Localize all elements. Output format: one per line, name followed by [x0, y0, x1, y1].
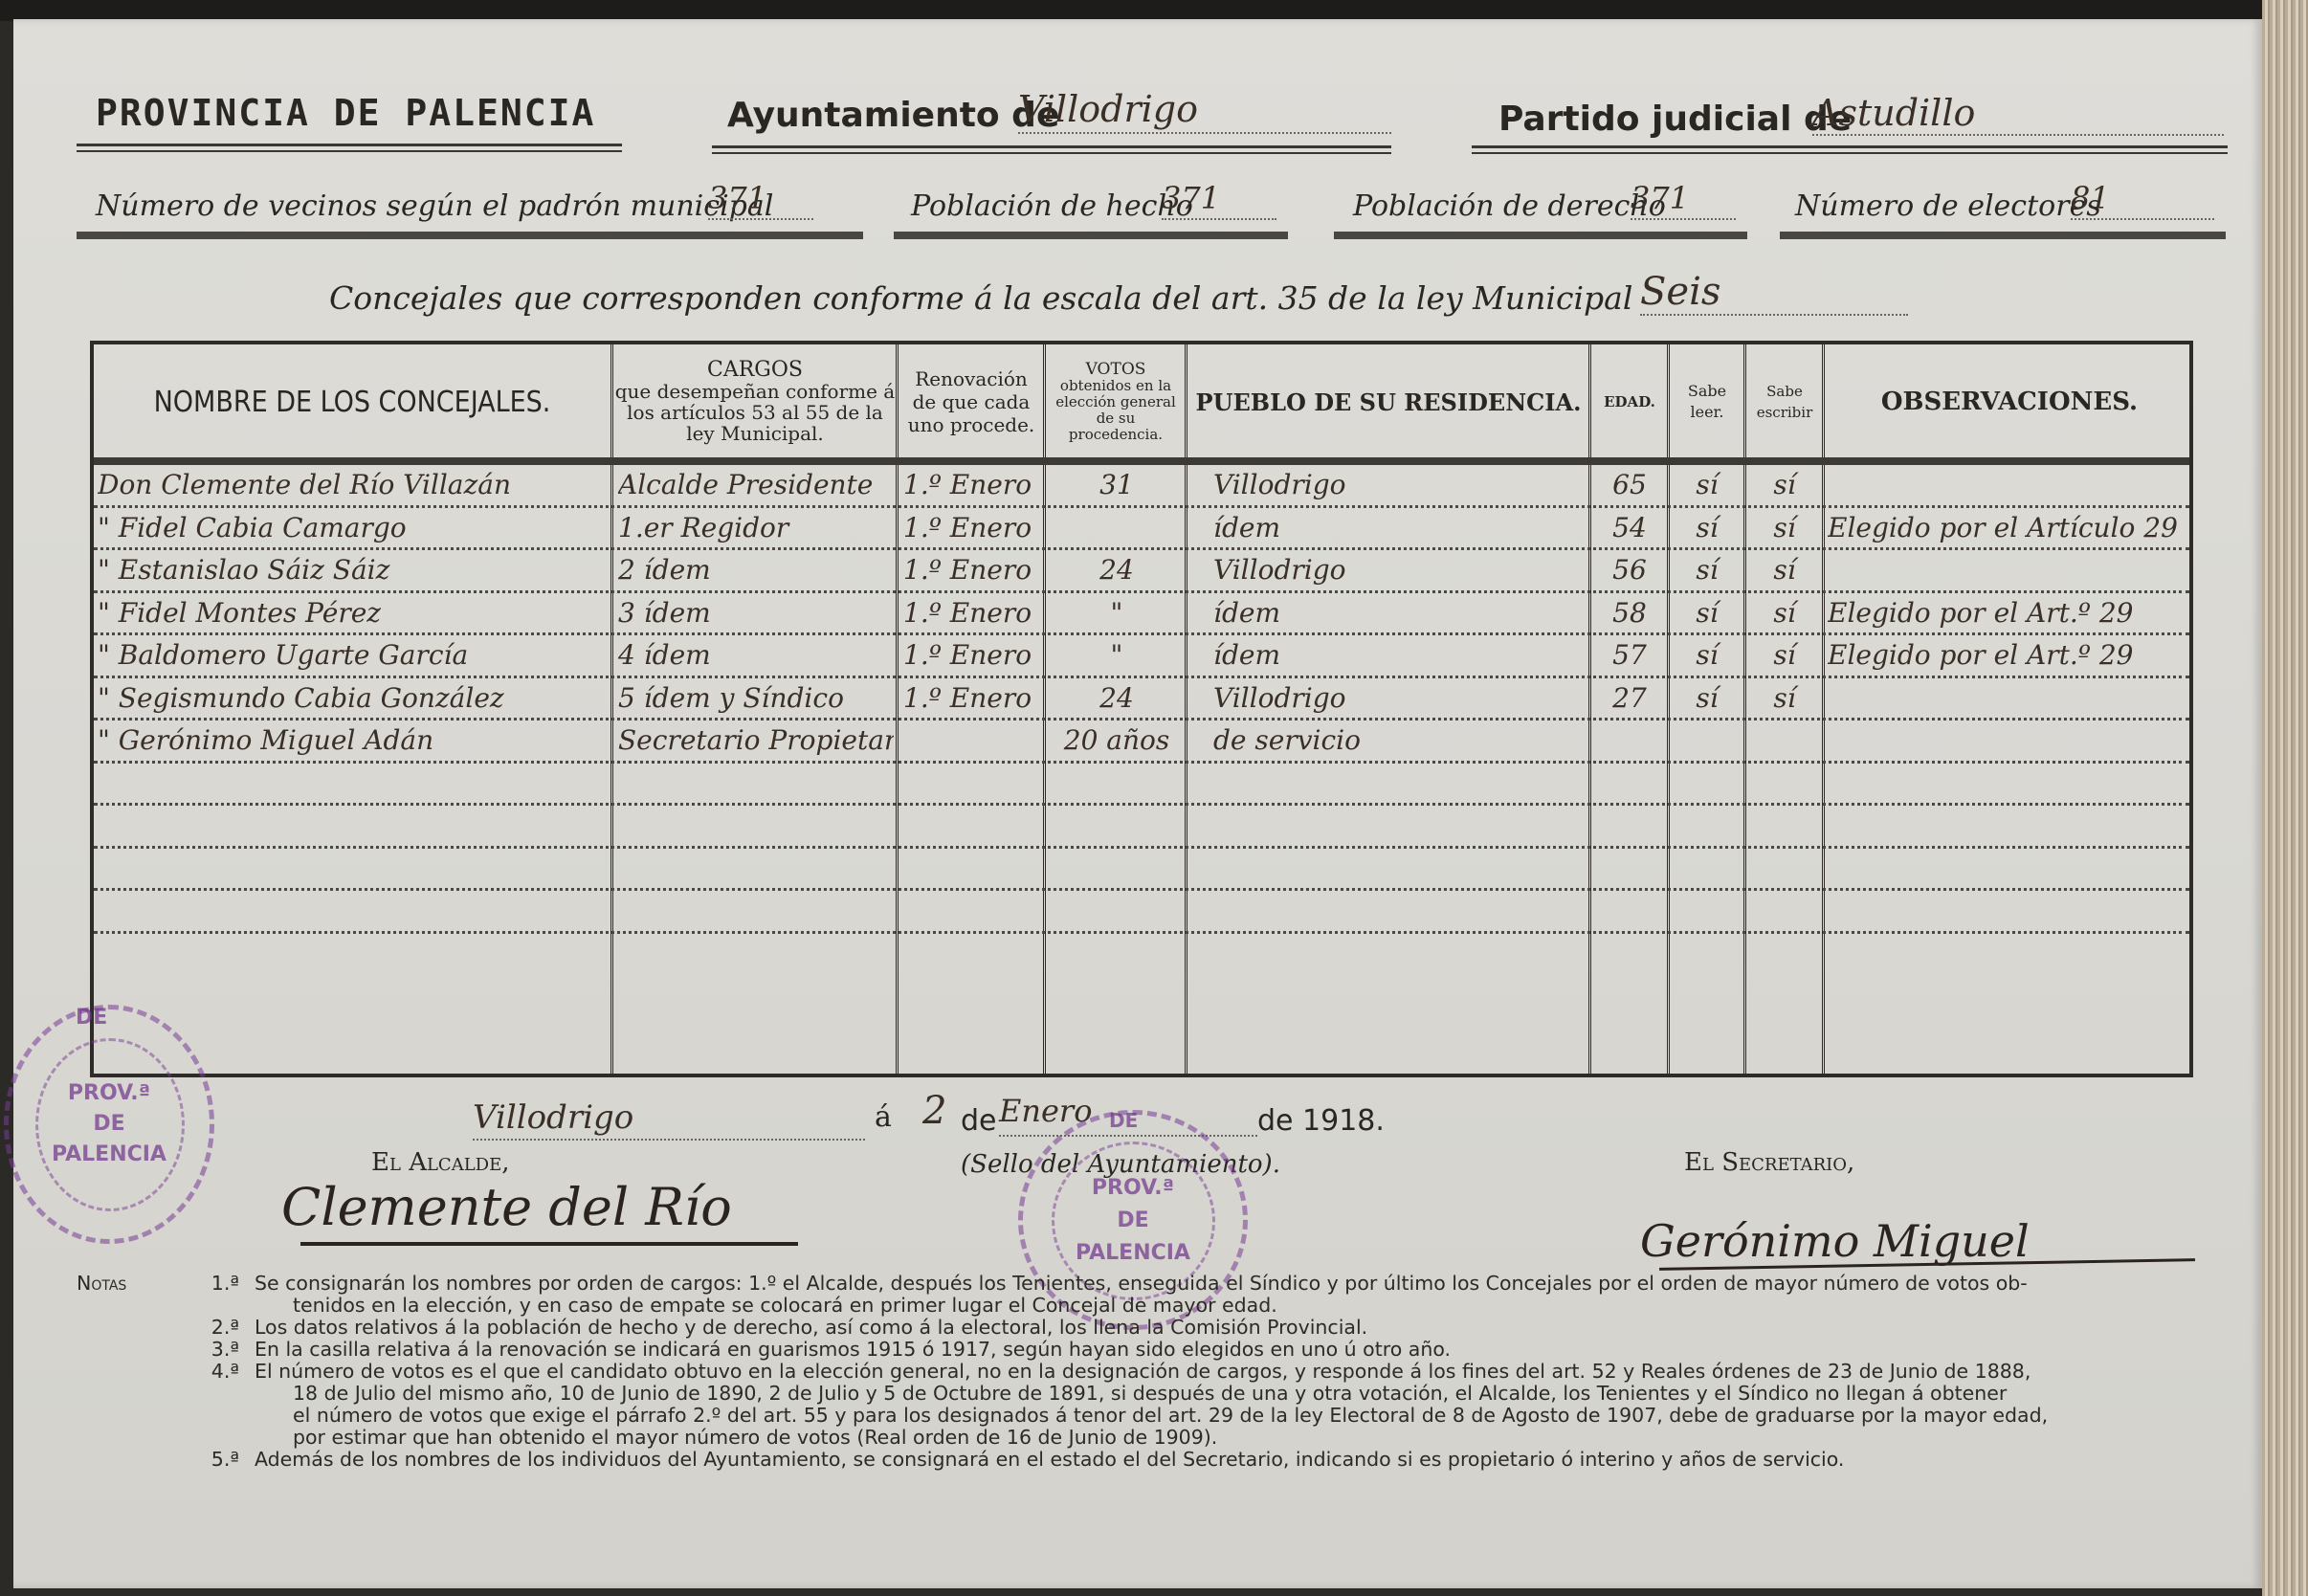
col-header-pueblo: PUEBLO DE SU RESIDENCIA. [1188, 344, 1588, 459]
note-item: tenidos en la elección, y en caso de emp… [77, 1295, 2182, 1317]
notes-label: Notas [77, 1273, 166, 1295]
notes-label [77, 1295, 166, 1317]
rule [1334, 232, 1747, 239]
row-rule [94, 632, 2189, 635]
header-rule [77, 144, 622, 152]
row-rule [94, 846, 2189, 849]
rule [894, 232, 1288, 239]
col-header-observaciones: OBSERVACIONES. [1826, 344, 2193, 459]
ayuntamiento-field[interactable]: Villodrigo [1018, 88, 1391, 134]
notes-label [77, 1405, 166, 1427]
note-item: 4.ªEl número de votos es el que el candi… [77, 1361, 2182, 1383]
table-cell-leer[interactable]: sí [1673, 469, 1742, 500]
notes-label [77, 1427, 166, 1449]
row-rule [94, 547, 2189, 550]
note-text: por estimar que han obtenido el mayor nú… [255, 1427, 2182, 1449]
cargos-subtitle: que desempeñan conforme á los artículos … [614, 381, 896, 444]
note-text: Además de los nombres de los individuos … [255, 1449, 2182, 1471]
table-cell-leer[interactable]: sí [1673, 512, 1742, 543]
table-cell-escribir[interactable]: sí [1749, 682, 1820, 714]
table-cell-cargo[interactable]: 1.er Regidor [618, 512, 894, 543]
table-cell-escribir[interactable]: sí [1749, 512, 1820, 543]
note-item: 5.ªAdemás de los nombres de los individu… [77, 1449, 2182, 1471]
table-cell-observaciones[interactable]: Elegido por el Art.º 29 [1828, 597, 2191, 629]
col-divider [896, 344, 899, 1074]
note-number [166, 1383, 255, 1405]
table-cell-cargo[interactable]: 2 ídem [618, 554, 894, 586]
col-header-edad: EDAD. [1592, 344, 1667, 459]
note-item: Notas1.ªSe consignarán los nombres por o… [77, 1273, 2182, 1295]
table-cell-leer[interactable]: sí [1673, 682, 1742, 714]
table-cell-renovacion[interactable]: 1.º Enero 1916 [903, 512, 1041, 543]
ayuntamiento-label: Ayuntamiento de [727, 96, 1059, 135]
note-text: el número de votos que exige el párrafo … [255, 1405, 2182, 1427]
table-cell-observaciones[interactable]: Elegido por el Artículo 29 [1828, 512, 2191, 543]
table-cell-votos[interactable]: " [1051, 597, 1183, 629]
col-header-votos: VOTOS obtenidos en la elección general d… [1047, 344, 1185, 459]
table-cell-renovacion[interactable]: 1.º Enero 1916 [903, 597, 1041, 629]
col-header-nombre: NOMBRE DE LOS CONCEJALES. [94, 344, 610, 459]
votos-title: VOTOS [1086, 362, 1146, 378]
table-cell-pueblo[interactable]: ídem [1213, 597, 1587, 629]
vecinos-field[interactable]: 371 [708, 180, 813, 220]
date-de: de [961, 1104, 997, 1138]
table-cell-votos[interactable]: 24 [1051, 554, 1183, 586]
col-divider [1043, 344, 1046, 1074]
table-cell-pueblo[interactable]: ídem [1213, 639, 1587, 671]
col-header-cargos: CARGOS que desempeñan conforme á los art… [614, 344, 896, 459]
electores-field[interactable]: 81 [2071, 180, 2214, 220]
row-rule [94, 803, 2189, 806]
electores-label: Número de electores [1795, 189, 2101, 223]
vecinos-label: Número de vecinos según el padrón munici… [96, 189, 773, 223]
note-number: 1.ª [166, 1273, 255, 1295]
table-cell-cargo[interactable]: 5 ídem y Síndico [618, 682, 894, 714]
note-text: Se consignarán los nombres por orden de … [255, 1273, 2182, 1295]
note-item: el número de votos que exige el párrafo … [77, 1405, 2182, 1427]
row-rule [94, 590, 2189, 593]
date-a: á [875, 1100, 892, 1134]
seal-stamp-left: DE PROV.ªDEPALENCIA [4, 1005, 214, 1244]
partido-field[interactable]: Astudillo [1812, 92, 2224, 136]
table-cell-edad[interactable]: 65 [1594, 469, 1665, 500]
row-rule [94, 761, 2189, 764]
col-header-leer: Sabe leer. [1671, 344, 1743, 459]
note-item: 3.ªEn la casilla relativa á la renovació… [77, 1339, 2182, 1361]
note-text: tenidos en la elección, y en caso de emp… [255, 1295, 2182, 1317]
notes-section: Notas1.ªSe consignarán los nombres por o… [77, 1273, 2182, 1471]
notes-label [77, 1383, 166, 1405]
hecho-field[interactable]: 371 [1162, 180, 1276, 220]
col-divider [1743, 344, 1746, 1074]
day-field[interactable]: 2 [922, 1089, 946, 1133]
note-item: 18 de Julio del mismo año, 10 de Junio d… [77, 1383, 2182, 1405]
table-cell-nombre[interactable]: " Fidel Montes Pérez [98, 597, 609, 629]
table-cell-votos[interactable]: " [1051, 639, 1183, 671]
derecho-label: Población de derecho [1353, 189, 1666, 223]
table-cell-escribir[interactable]: sí [1749, 639, 1820, 671]
provincia-title: PROVINCIA DE PALENCIA [96, 92, 595, 134]
secretario-signature: Gerónimo Miguel [1640, 1215, 2030, 1267]
row-rule [94, 718, 2189, 720]
note-text: El número de votos es el que el candidat… [255, 1361, 2182, 1383]
hecho-label: Población de hecho [911, 189, 1193, 223]
cargos-title: CARGOS [707, 360, 803, 381]
table-cell-cargo[interactable]: Secretario Propietario con [618, 724, 894, 756]
year-text: de 1918. [1257, 1104, 1385, 1138]
book-edge-top [0, 0, 2308, 21]
document-page: PROVINCIA DE PALENCIA Ayuntamiento de Vi… [13, 19, 2262, 1588]
table-cell-cargo[interactable]: 4 ídem [618, 639, 894, 671]
alcalde-label: El Alcalde, [371, 1148, 510, 1177]
table-cell-nombre[interactable]: " Segismundo Cabia González [98, 682, 609, 714]
header-rule [94, 457, 2189, 465]
table-cell-votos[interactable]: 31 [1051, 469, 1183, 500]
table-cell-votos[interactable]: 24 [1051, 682, 1183, 714]
note-item: por estimar que han obtenido el mayor nú… [77, 1427, 2182, 1449]
table-cell-edad[interactable]: 57 [1594, 639, 1665, 671]
table-cell-nombre[interactable]: Don Clemente del Río Villazán [98, 469, 609, 500]
signature-flourish [300, 1242, 798, 1246]
note-number: 5.ª [166, 1449, 255, 1471]
table-cell-cargo[interactable]: 3 ídem [618, 597, 894, 629]
table-cell-leer[interactable]: sí [1673, 639, 1742, 671]
table-cell-cargo[interactable]: Alcalde Presidente [618, 469, 894, 500]
stamp-text: PROV.ªDEPALENCIA [47, 1078, 171, 1170]
table-cell-pueblo[interactable]: Villodrigo [1213, 682, 1587, 714]
table-cell-renovacion[interactable]: 1.º Enero 1917 [903, 682, 1041, 714]
row-rule [94, 676, 2189, 678]
alcalde-signature: Clemente del Río [281, 1177, 732, 1237]
note-number: 3.ª [166, 1339, 255, 1361]
table-cell-edad[interactable]: 54 [1594, 512, 1665, 543]
row-rule [94, 888, 2189, 891]
table-cell-edad[interactable]: 56 [1594, 554, 1665, 586]
col-header-renovacion: Renovación de que cada uno procede. [899, 344, 1043, 459]
note-text: 18 de Julio del mismo año, 10 de Junio d… [255, 1383, 2182, 1405]
concejales-label: Concejales que corresponden conforme á l… [329, 279, 1632, 317]
header-rule [1472, 145, 2228, 154]
note-number [166, 1405, 255, 1427]
table-cell-nombre[interactable]: " Baldomero Ugarte García [98, 639, 609, 671]
concejales-field[interactable]: Seis [1640, 270, 1908, 316]
table-cell-pueblo[interactable]: de servicio [1213, 724, 1587, 756]
table-cell-leer[interactable]: sí [1673, 597, 1742, 629]
partido-label: Partido judicial de [1498, 100, 1852, 139]
derecho-field[interactable]: 371 [1631, 180, 1736, 220]
table-cell-edad[interactable]: 58 [1594, 597, 1665, 629]
note-number: 2.ª [166, 1317, 255, 1339]
col-divider [610, 344, 613, 1074]
concejales-table: NOMBRE DE LOS CONCEJALES. CARGOS que des… [90, 341, 2193, 1077]
col-divider [1822, 344, 1825, 1074]
book-binding [2262, 0, 2308, 1596]
col-divider [1588, 344, 1591, 1074]
table-cell-pueblo[interactable]: Villodrigo [1213, 469, 1587, 500]
notes-label [77, 1449, 166, 1471]
note-text: En la casilla relativa á la renovación s… [255, 1339, 2182, 1361]
rule [77, 232, 863, 239]
table-cell-escribir[interactable]: sí [1749, 469, 1820, 500]
note-item: 2.ªLos datos relativos á la población de… [77, 1317, 2182, 1339]
table-cell-leer[interactable]: sí [1673, 554, 1742, 586]
table-cell-pueblo[interactable]: Villodrigo [1213, 554, 1587, 586]
table-cell-nombre[interactable]: " Fidel Cabia Camargo [98, 512, 609, 543]
note-number [166, 1295, 255, 1317]
table-cell-edad[interactable]: 27 [1594, 682, 1665, 714]
table-cell-escribir[interactable]: sí [1749, 597, 1820, 629]
place-field[interactable]: Villodrigo [473, 1098, 865, 1141]
table-cell-nombre[interactable]: " Gerónimo Miguel Adán [98, 724, 609, 756]
table-cell-renovacion[interactable]: 1.º Enero 1916 [903, 639, 1041, 671]
note-number: 4.ª [166, 1361, 255, 1383]
table-cell-renovacion[interactable]: 1.º Enero 1917 [903, 554, 1041, 586]
table-cell-nombre[interactable]: " Estanislao Sáiz Sáiz [98, 554, 609, 586]
table-cell-pueblo[interactable]: ídem [1213, 512, 1587, 543]
notes-label [77, 1317, 166, 1339]
note-text: Los datos relativos á la población de he… [255, 1317, 2182, 1339]
row-rule [94, 931, 2189, 934]
header-rule [712, 145, 1391, 154]
table-cell-votos[interactable]: 20 años [1051, 724, 1183, 756]
notes-label [77, 1361, 166, 1383]
table-cell-escribir[interactable]: sí [1749, 554, 1820, 586]
col-divider [1185, 344, 1187, 1074]
secretario-label: El Secretario, [1684, 1148, 1854, 1177]
stamp-text: PROV.ªDEPALENCIA [1071, 1172, 1195, 1270]
col-divider [1667, 344, 1670, 1074]
rule [1780, 232, 2226, 239]
table-cell-renovacion[interactable]: 1.º Enero 1917 [903, 469, 1041, 500]
row-rule [94, 505, 2189, 508]
table-cell-observaciones[interactable]: Elegido por el Art.º 29 [1828, 639, 2191, 671]
notes-label [77, 1339, 166, 1361]
note-number [166, 1427, 255, 1449]
col-header-escribir: Sabe escribir [1747, 344, 1822, 459]
votos-subtitle: obtenidos en la elección general de su p… [1053, 378, 1179, 443]
